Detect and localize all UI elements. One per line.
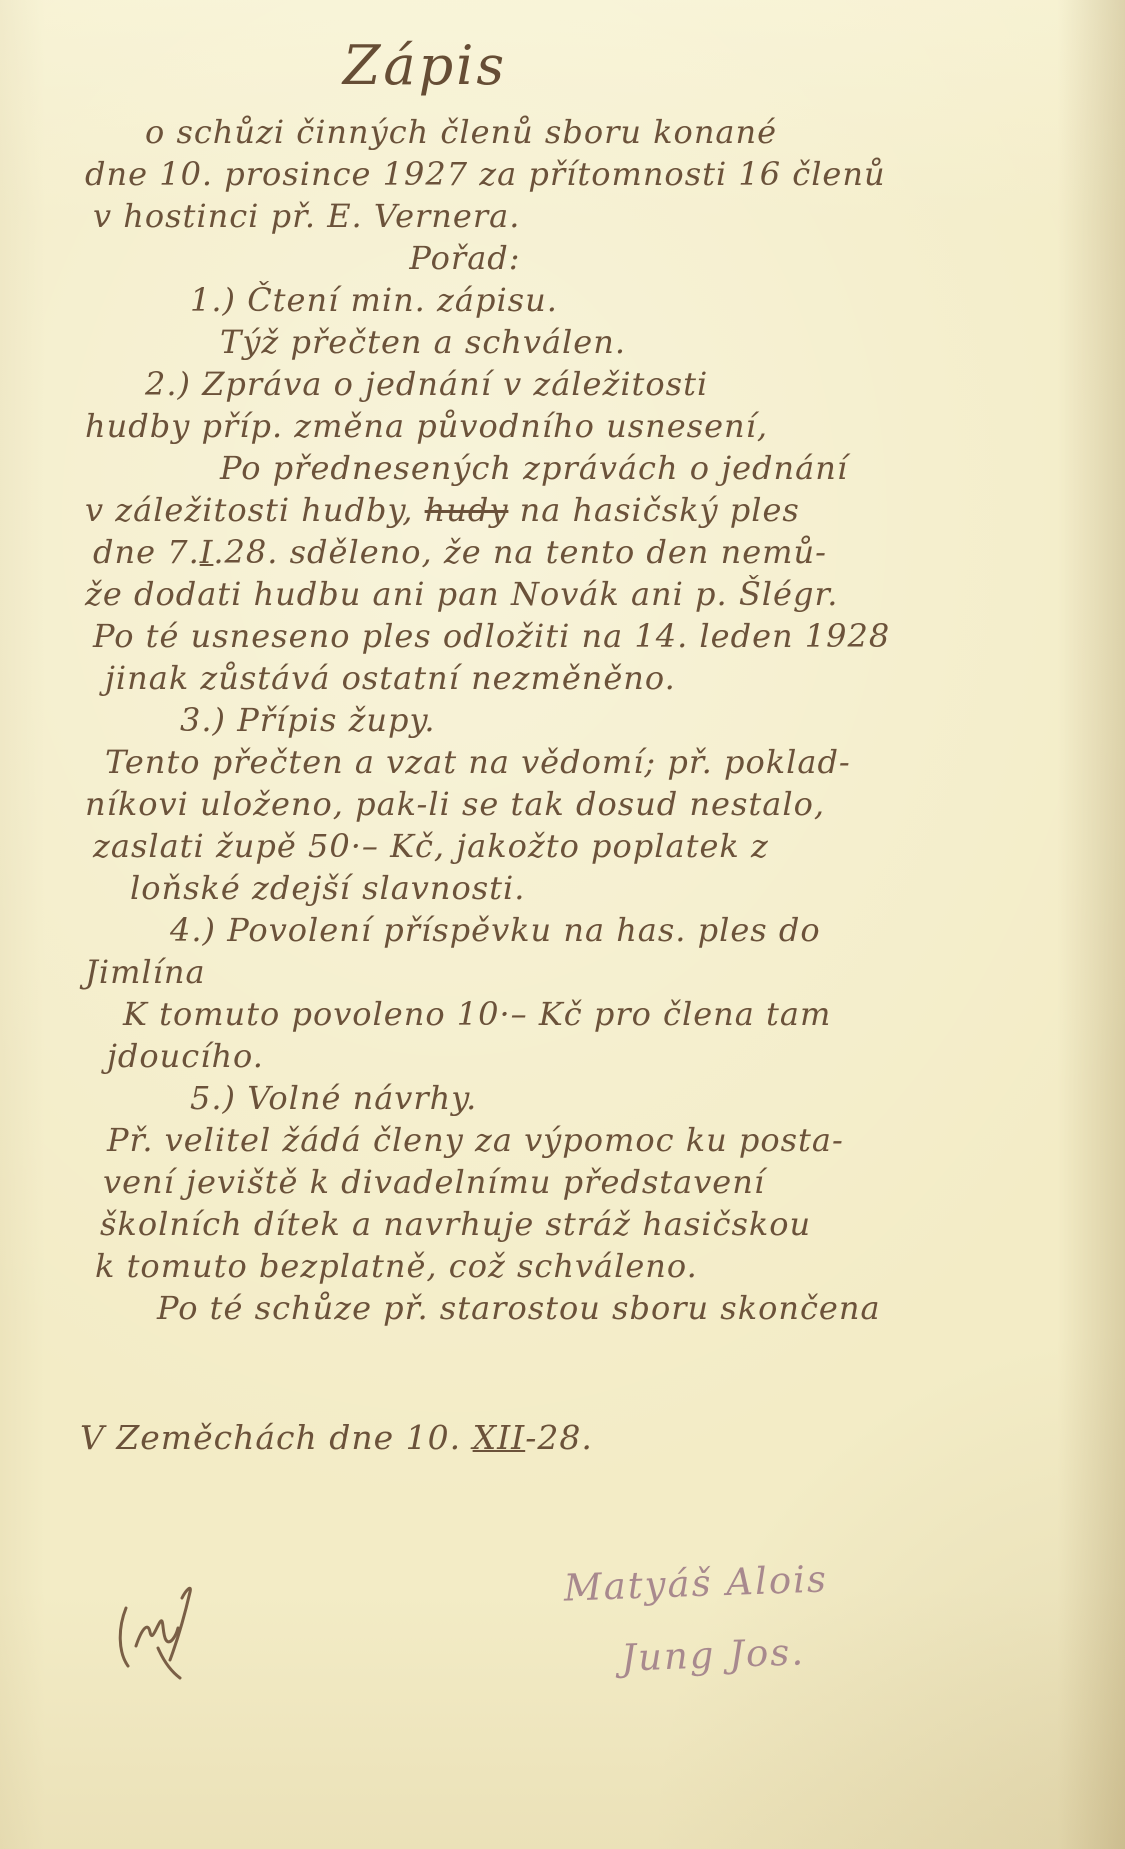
underlined-numeral: XII — [473, 1418, 526, 1457]
signature-matyas-alois: Matyáš Alois — [563, 1543, 830, 1624]
agenda-item-3: 3.) Přípis župy. — [85, 699, 1065, 741]
agenda-heading: Pořad: — [85, 237, 1065, 279]
manuscript-line: Týž přečten a schválen. — [85, 321, 1065, 363]
agenda-item-2: 2.) Zpráva o jednání v záležitosti — [85, 363, 1065, 405]
manuscript-line: Jimlína — [85, 951, 1065, 993]
line-text: V Zeměchách dne 10. — [80, 1418, 473, 1457]
line-text: dne 7. — [93, 533, 200, 571]
agenda-item-4: 4.) Povolení příspěvku na has. ples do — [85, 909, 1065, 951]
manuscript-line: Tento přečten a vzat na vědomí; př. pokl… — [85, 741, 1065, 783]
line-text: -28. — [525, 1418, 593, 1457]
agenda-item-1: 1.) Čtení min. zápisu. — [85, 279, 1065, 321]
signature-jung-jos: Jung Jos. — [565, 1615, 832, 1696]
manuscript-line: k tomuto bezplatně, což schváleno. — [85, 1245, 1065, 1287]
line-text: .28. sděleno, že na tento den nemů- — [213, 533, 827, 571]
manuscript-line: Po přednesených zprávách o jednání — [85, 447, 1065, 489]
closing-line: Po té schůze př. starostou sboru skončen… — [85, 1287, 1065, 1329]
line-text: v záležitosti hudby, — [85, 491, 425, 529]
manuscript-line: loňské zdejší slavnosti. — [85, 867, 1065, 909]
manuscript-page: Zápis o schůzi činných členů sboru konan… — [0, 0, 1125, 1849]
signature-block: Matyáš Alois Jung Jos. — [563, 1543, 832, 1696]
paraph-scribble-mark — [112, 1570, 222, 1690]
agenda-item-5: 5.) Volné návrhy. — [85, 1077, 1065, 1119]
intro-line: o schůzi činných členů sboru konané — [85, 111, 1065, 153]
struck-word: hudy — [425, 491, 509, 529]
manuscript-content: Zápis o schůzi činných členů sboru konan… — [0, 0, 1125, 1329]
manuscript-line: jinak zůstává ostatní nezměněno. — [85, 657, 1065, 699]
place-date-line: V Zeměchách dne 10. XII-28. — [80, 1418, 593, 1457]
manuscript-line: hudby příp. změna původního usnesení, — [85, 405, 1065, 447]
intro-line: v hostinci př. E. Vernera. — [85, 195, 1065, 237]
manuscript-line: Př. velitel žádá členy za výpomoc ku pos… — [85, 1119, 1065, 1161]
manuscript-line: níkovi uloženo, pak-li se tak dosud nest… — [85, 783, 1065, 825]
underlined-numeral: I — [200, 533, 214, 571]
manuscript-line: Po té usneseno ples odložiti na 14. lede… — [85, 615, 1065, 657]
manuscript-line: jdoucího. — [85, 1035, 1065, 1077]
manuscript-line-with-strikethrough: v záležitosti hudby, hudy na hasičský pl… — [85, 489, 1065, 531]
manuscript-line: že dodati hudbu ani pan Novák ani p. Šlé… — [85, 573, 1065, 615]
document-title: Zápis — [85, 34, 1065, 97]
manuscript-line: školních dítek a navrhuje stráž hasičsko… — [85, 1203, 1065, 1245]
intro-line: dne 10. prosince 1927 za přítomnosti 16 … — [85, 153, 1065, 195]
line-text: na hasičský ples — [508, 491, 799, 529]
manuscript-line: zaslati župě 50·– Kč, jakožto poplatek z — [85, 825, 1065, 867]
manuscript-line-with-underline: dne 7.I.28. sděleno, že na tento den nem… — [85, 531, 1065, 573]
manuscript-line: K tomuto povoleno 10·– Kč pro člena tam — [85, 993, 1065, 1035]
manuscript-line: vení jeviště k divadelnímu představení — [85, 1161, 1065, 1203]
